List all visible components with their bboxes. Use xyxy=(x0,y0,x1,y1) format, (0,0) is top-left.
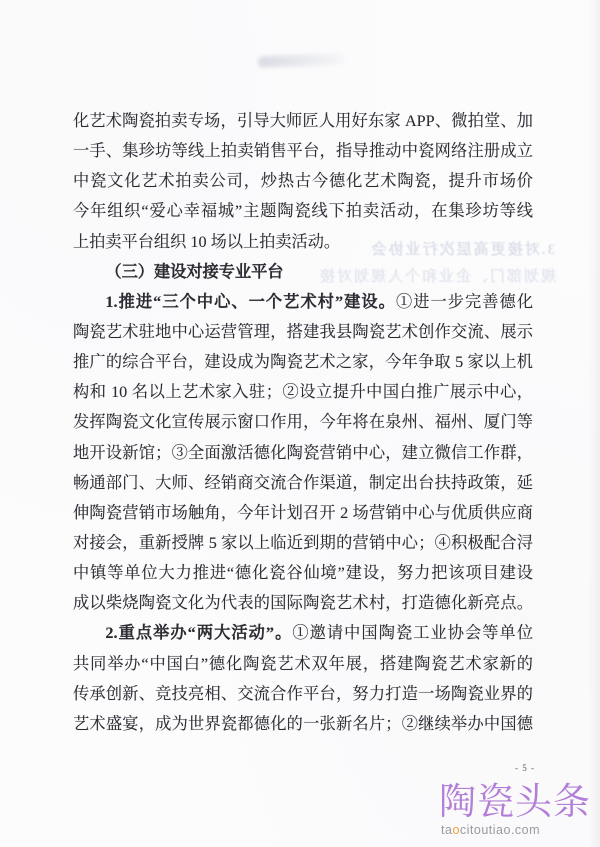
text-line: 发挥陶瓷文化宣传展示窗口作用，今年将在泉州、福州、厦门等 xyxy=(73,407,533,437)
text-segment: 艺术盛宴，成为世界瓷都德化的一张新名片；②继续举办中国德 xyxy=(73,715,533,733)
text-segment: 成以柴烧陶瓷文化为代表的国际陶瓷艺术村，打造德化新亮点。 xyxy=(73,594,533,612)
page-number: - 5 - xyxy=(500,763,550,773)
text-line: 艺术盛宴，成为世界瓷都德化的一张新名片；②继续举办中国德 xyxy=(73,709,533,739)
text-segment: 今年组织“爱心幸福城”主题陶瓷线下拍卖活动，在集珍坊等线 xyxy=(73,202,533,220)
text-line: 共同举办“中国白”德化陶瓷艺术双年展，搭建陶瓷艺术家新的 xyxy=(73,649,533,679)
text-segment: 陶瓷艺术驻地中心运营管理，搭建我县陶瓷艺术创作交流、展示 xyxy=(73,323,533,341)
text-line: 构和 10 名以上艺术家入驻；②设立提升中国白推广展示中心， xyxy=(73,377,533,407)
text-segment: ①邀请中国陶瓷工业协会等单位 xyxy=(292,624,533,642)
text-line: 伸陶瓷营销市场触角，今年计划召开 2 场营销中心与优质供应商 xyxy=(73,498,533,528)
text-line: 传承创新、竞技亮相、交流合作平台，努力打造一场陶瓷业界的 xyxy=(73,679,533,709)
watermark-logo: 陶瓷头条 xyxy=(439,782,591,822)
site-url-accent-letter: o xyxy=(452,823,459,837)
text-line: 地开设新馆；③全面激活德化陶瓷营销中心，建立微信工作群， xyxy=(73,438,533,468)
text-line: 1.推进“三个中心、一个艺术村”建设。①进一步完善德化 xyxy=(73,287,533,317)
site-url-prefix: ta xyxy=(441,823,452,837)
text-segment: 上拍卖平台组织 10 场以上拍卖活动。 xyxy=(73,233,340,251)
text-segment: 构和 10 名以上艺术家入驻；②设立提升中国白推广展示中心， xyxy=(73,383,533,401)
text-segment: ①进一步完善德化 xyxy=(396,293,533,311)
text-line: （三）建设对接专业平台 xyxy=(73,257,533,287)
scanned-document-page: 3.对接更高层次行业协会 规划部门、企业和个人规划对接 化艺术陶瓷拍卖专场，引导… xyxy=(0,0,600,847)
text-segment: 一手、集珍坊等线上拍卖销售平台，指导推动中瓷网络注册成立 xyxy=(73,142,533,160)
text-segment: 畅通部门、大师、经销商交流合作渠道，制定出台扶持政策，延 xyxy=(73,474,533,492)
text-segment: 伸陶瓷营销市场触角，今年计划召开 2 场营销中心与优质供应商 xyxy=(73,504,533,522)
text-segment: 推广的综合平台，建设成为陶瓷艺术之家，今年争取 5 家以上机 xyxy=(73,353,533,371)
text-line: 2.重点举办“两大活动”。①邀请中国陶瓷工业协会等单位 xyxy=(73,618,533,648)
site-url-rest: citoutiao.com xyxy=(460,823,540,837)
watermark-site-url: taocitoutiao.com xyxy=(441,823,540,837)
text-segment: 传承创新、竞技亮相、交流合作平台，努力打造一场陶瓷业界的 xyxy=(73,685,533,703)
text-line: 畅通部门、大师、经销商交流合作渠道，制定出台扶持政策，延 xyxy=(73,468,533,498)
text-segment: 地开设新馆；③全面激活德化陶瓷营销中心，建立微信工作群， xyxy=(73,444,533,462)
text-line: 中瓷文化艺术拍卖公司，炒热古今德化艺术陶瓷，提升市场价值。 xyxy=(73,166,533,196)
right-edge-shadow xyxy=(588,0,600,847)
text-segment: 中镇等单位大力推进“德化瓷谷仙境”建设，努力把该项目建设 xyxy=(73,564,533,582)
text-segment: 共同举办“中国白”德化陶瓷艺术双年展，搭建陶瓷艺术家新的 xyxy=(73,655,533,673)
text-line: 推广的综合平台，建设成为陶瓷艺术之家，今年争取 5 家以上机 xyxy=(73,347,533,377)
bold-text-segment: 2.重点举办“两大活动”。 xyxy=(105,624,292,642)
text-line: 陶瓷艺术驻地中心运营管理，搭建我县陶瓷艺术创作交流、展示 xyxy=(73,317,533,347)
text-segment: 化艺术陶瓷拍卖专场，引导大师匠人用好东家 APP、微拍堂、加 xyxy=(73,112,533,130)
text-segment: 发挥陶瓷文化宣传展示窗口作用，今年将在泉州、福州、厦门等 xyxy=(73,413,533,431)
text-line: 对接会，重新授牌 5 家以上临近到期的营销中心；④积极配合浔 xyxy=(73,528,533,558)
text-segment: 对接会，重新授牌 5 家以上临近到期的营销中心；④积极配合浔 xyxy=(73,534,533,552)
text-line: 化艺术陶瓷拍卖专场，引导大师匠人用好东家 APP、微拍堂、加 xyxy=(73,106,533,136)
text-line: 成以柴烧陶瓷文化为代表的国际陶瓷艺术村，打造德化新亮点。 xyxy=(73,588,533,618)
text-line: 上拍卖平台组织 10 场以上拍卖活动。 xyxy=(73,227,533,257)
document-body: 化艺术陶瓷拍卖专场，引导大师匠人用好东家 APP、微拍堂、加一手、集珍坊等线上拍… xyxy=(73,106,533,739)
bleedthrough-smudge xyxy=(258,53,346,67)
bold-text-segment: 1.推进“三个中心、一个艺术村”建设。 xyxy=(105,293,396,311)
text-line: 一手、集珍坊等线上拍卖销售平台，指导推动中瓷网络注册成立 xyxy=(73,136,533,166)
text-line: 中镇等单位大力推进“德化瓷谷仙境”建设，努力把该项目建设 xyxy=(73,558,533,588)
text-segment: 中瓷文化艺术拍卖公司，炒热古今德化艺术陶瓷，提升市场价值。 xyxy=(73,172,533,196)
text-line: 今年组织“爱心幸福城”主题陶瓷线下拍卖活动，在集珍坊等线 xyxy=(73,196,533,226)
bold-text-segment: （三）建设对接专业平台 xyxy=(105,263,283,281)
